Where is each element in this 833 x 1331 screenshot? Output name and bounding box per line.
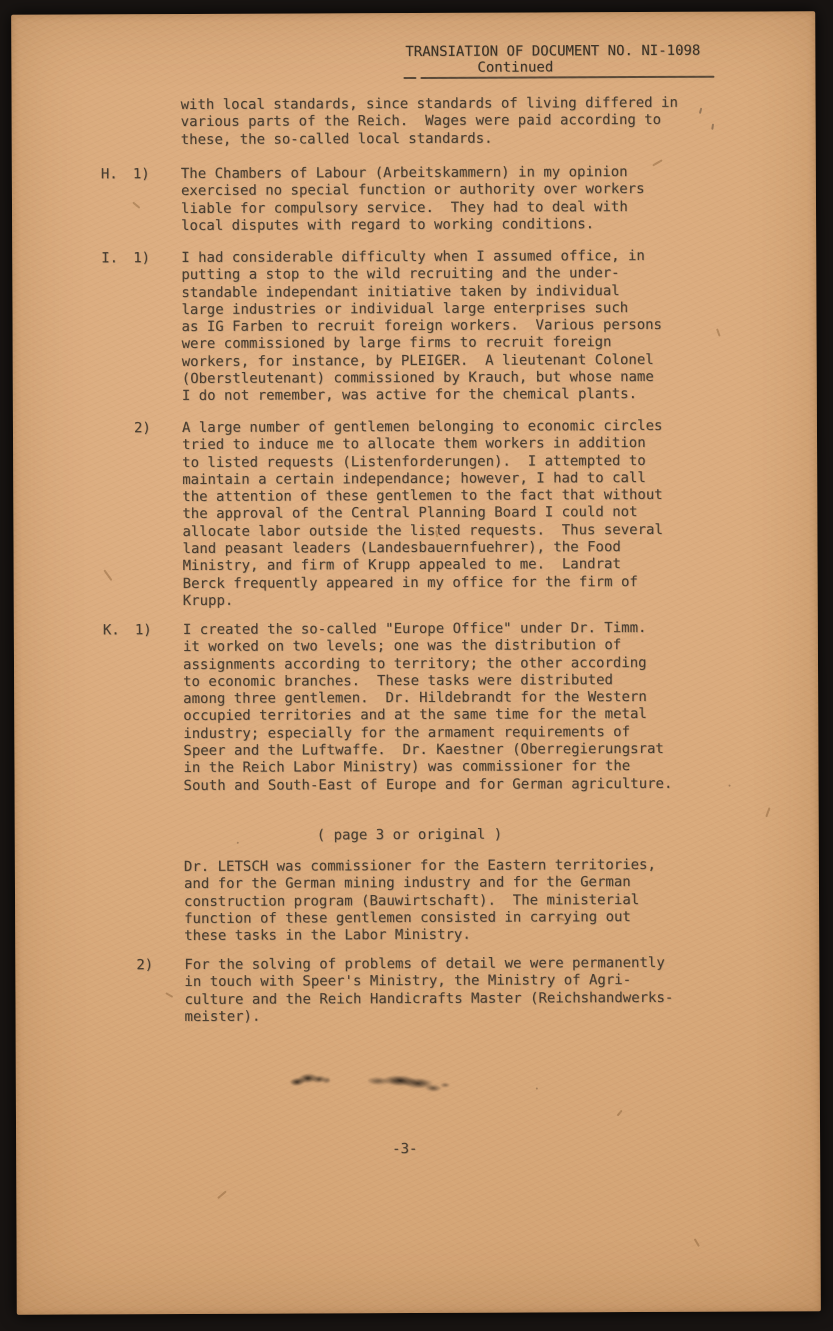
section-number-i2: 2) [134,420,151,437]
section-number-i1: 1) [133,250,150,267]
paper-fiber [166,992,174,997]
paper-fiber [765,807,770,817]
scan-background: { "colors": { "paper": "#d9aa7c", "ink":… [0,0,833,1331]
paragraph-i1: I had considerable difficulty when I ass… [181,248,662,406]
header-continued: Continued [477,59,553,77]
section-number-h1: 1) [133,166,150,183]
paper-speck [729,785,731,787]
stray-ink-mark [711,124,714,130]
paper-speck [237,842,239,844]
ink-smudge-right [368,1072,453,1095]
paper-speck [536,1087,538,1089]
paper-page: TRANSIATION OF DOCUMENT NO. NI-1098 Cont… [11,11,821,1314]
paragraph-i2: A large number of gentlemen belonging to… [182,418,663,610]
section-letter-k: K. [103,622,120,639]
paper-fiber [104,569,113,580]
section-number-f2: 2) [136,957,153,974]
paper-fiber [716,328,720,336]
paragraph-letsch: Dr. LETSCH was commissioner for the East… [184,857,656,946]
paper-fiber [133,202,141,209]
header-underline-segment [403,77,416,79]
paragraph-intro: with local standards, since standards of… [181,95,679,149]
paragraph-f2: For the solving of problems of detail we… [184,955,673,1026]
section-number-k1: 1) [135,622,152,639]
page-number: -3- [392,1141,417,1158]
stray-ink-mark [699,108,702,114]
header-underline [420,76,714,79]
paragraph-h1: The Chambers of Labour (Arbeitskammern) … [181,164,645,235]
section-letter-i: I. [101,250,118,267]
paper-fiber [694,1238,700,1247]
paper-fiber [652,159,662,166]
paper-fiber [217,1190,226,1198]
paragraph-k1: I created the so-called "Europe Office" … [183,620,673,795]
section-letter-h: H. [101,166,118,183]
ink-smudge-left [287,1070,330,1089]
paper-fiber [617,1110,623,1116]
page-note: ( page 3 or original ) [317,827,503,845]
